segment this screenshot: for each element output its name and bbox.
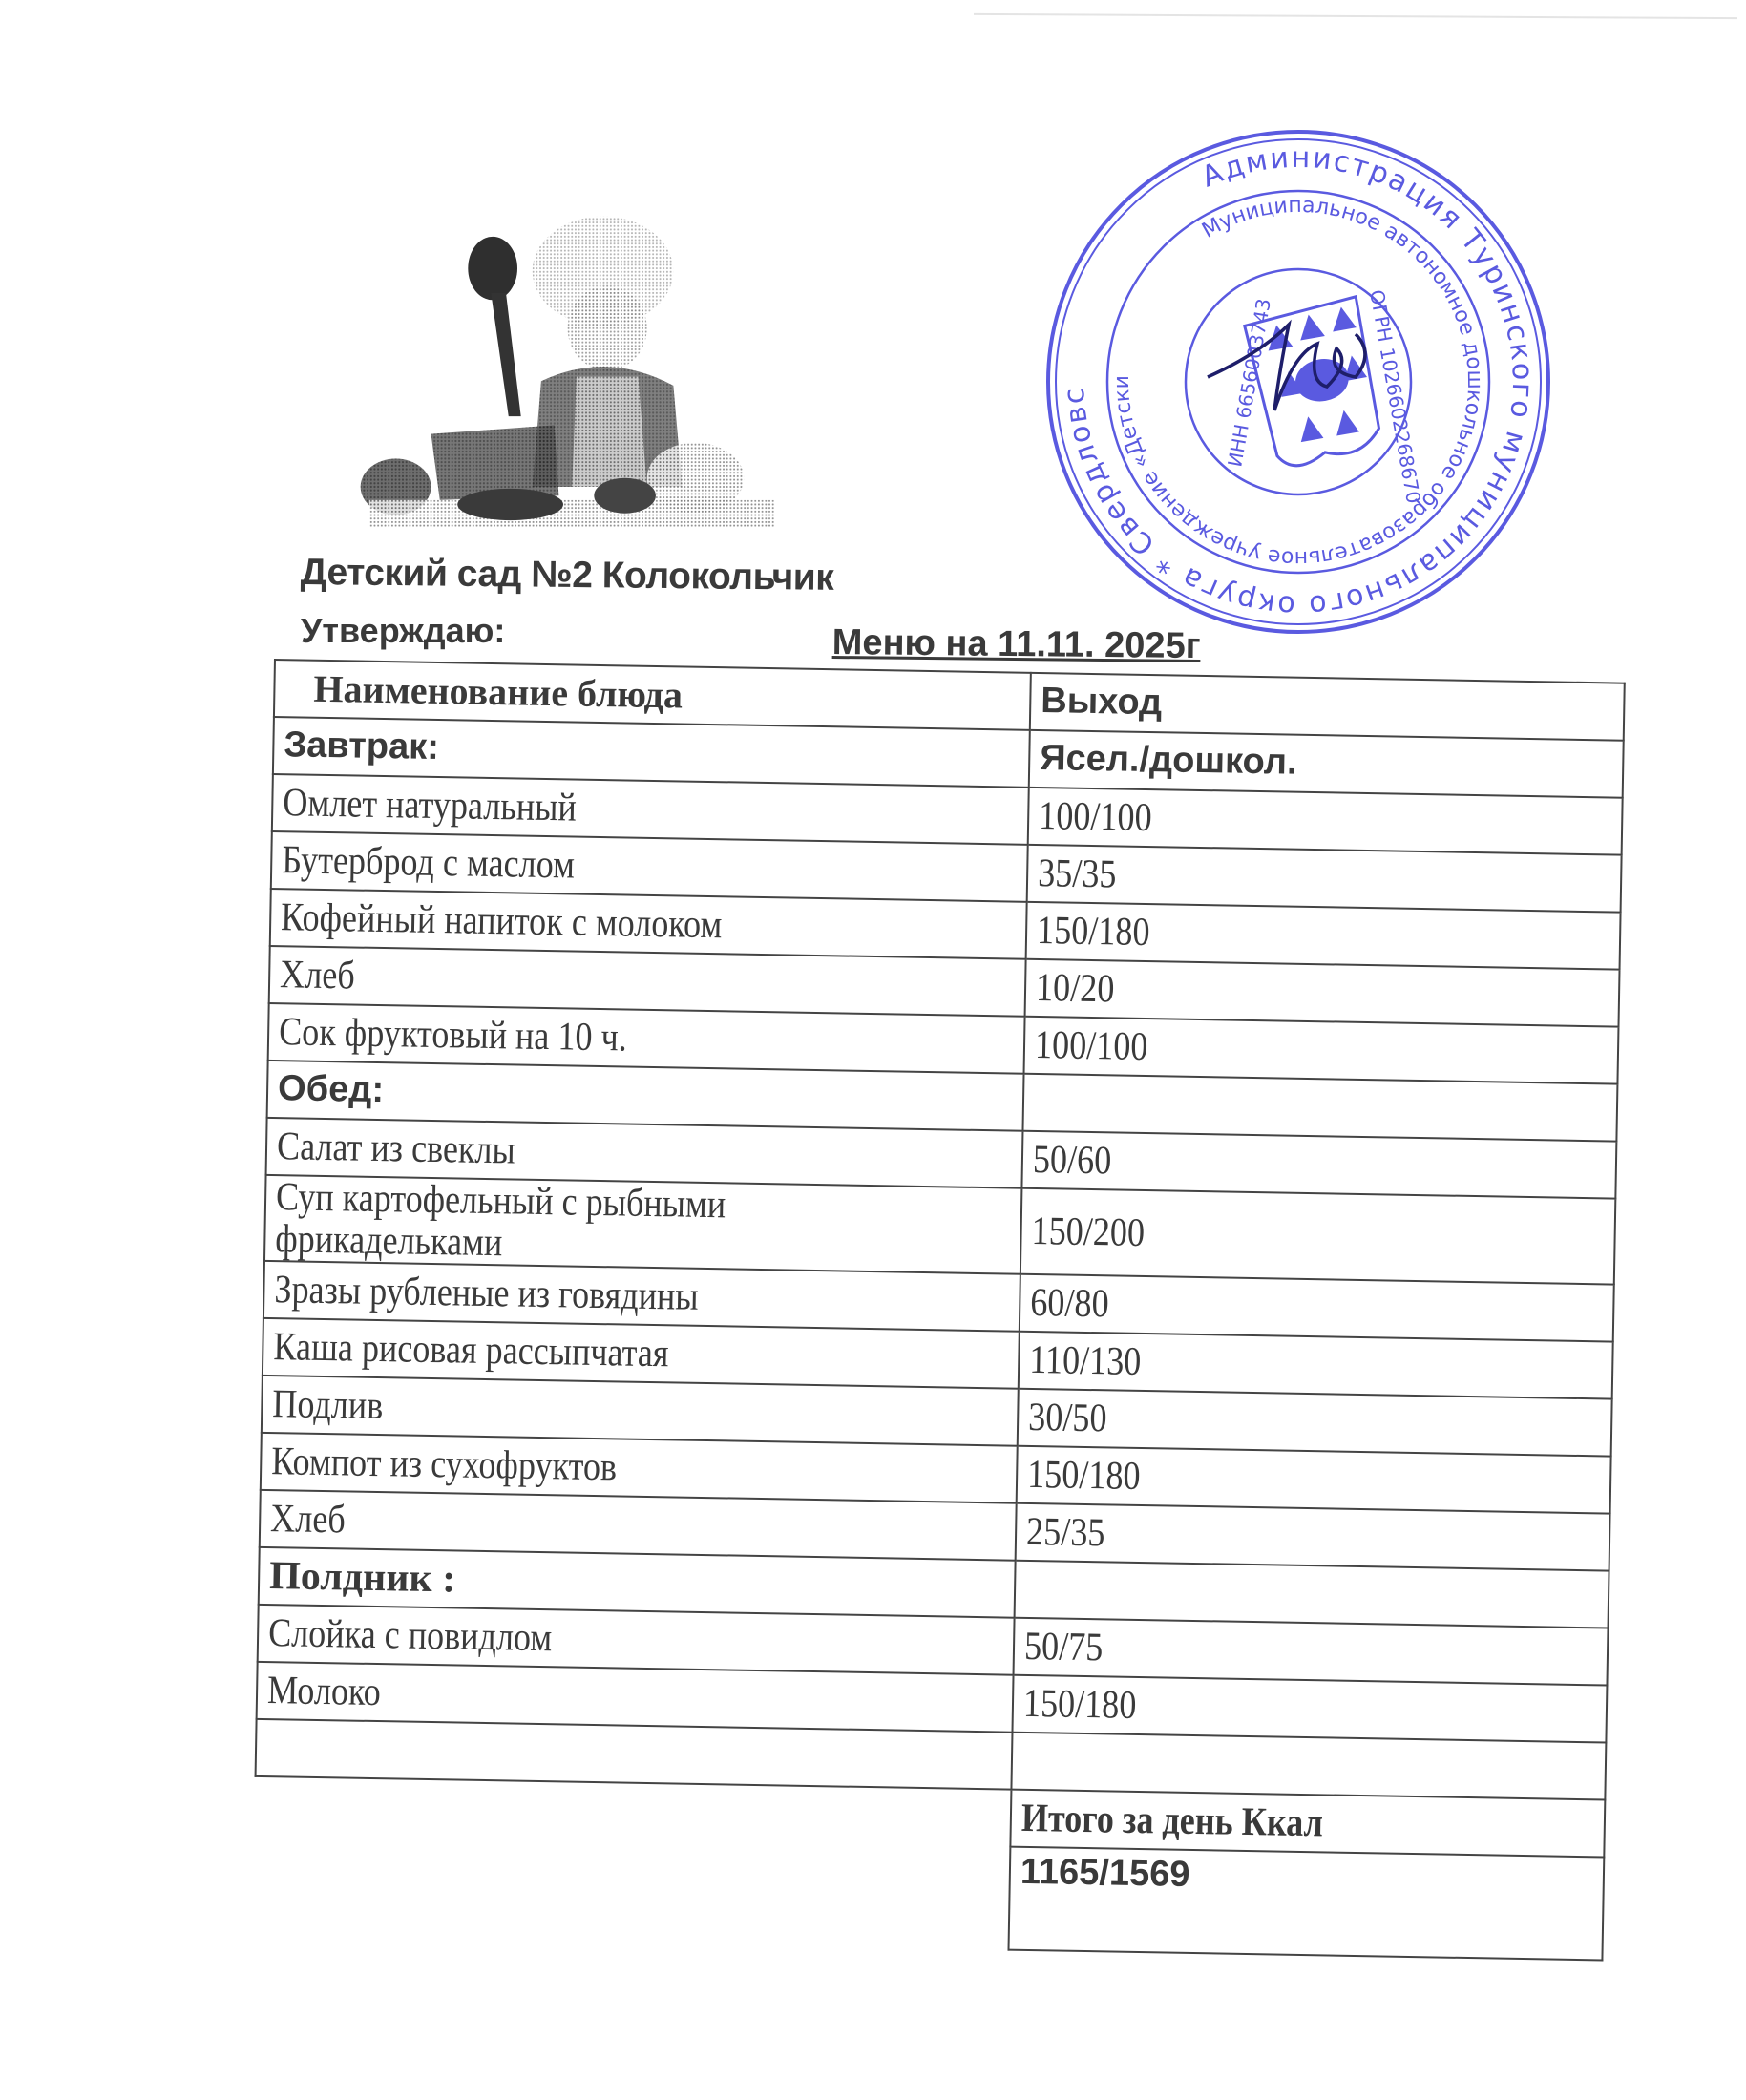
dish-output: 100/100 [1028,787,1623,855]
dish-output-text: 110/130 [1029,1339,1142,1383]
dish-output-text: 100/100 [1035,1024,1148,1068]
dish-output: 150/180 [1017,1446,1611,1514]
dish-name-text: Компот из сухофруктов [271,1440,618,1488]
approve-label: Утверждаю: [301,611,505,651]
dish-output-text: 100/100 [1039,795,1152,839]
dish-output-text: 50/75 [1024,1626,1104,1669]
dish-output-text: 150/200 [1031,1210,1145,1254]
column-header-output: Выход [1030,673,1625,741]
dish-output: 35/35 [1027,845,1622,913]
dish-output: 150/200 [1020,1188,1615,1285]
total-label-text: Итого за день Ккал [1021,1797,1324,1845]
dish-name-text: Подлив [272,1383,384,1427]
dish-output-text: 150/180 [1037,910,1150,954]
dish-output: 150/180 [1026,902,1621,970]
dish-name-text: Суп картофельный с рыбными фрикадельками [275,1176,909,1271]
dish-output-text: 50/60 [1033,1139,1112,1183]
dish-name-text: Сок фруктовый на 10 ч. [279,1011,627,1059]
menu-table: Наименование блюдаВыходЗавтрак:Ясел./дош… [252,659,1626,1962]
dish-name-text: Омлет натуральный [283,782,577,829]
scan-edge-line [974,13,1737,19]
dish-name-text: Слойка с повидлом [268,1612,553,1659]
dish-output-text: 150/180 [1027,1454,1141,1498]
dish-output: 50/60 [1021,1131,1616,1199]
dish-output: 30/50 [1018,1389,1612,1457]
menu-title: Меню на 11.11. 2025г [832,622,1201,667]
menu-table-container: Наименование блюдаВыходЗавтрак:Ясел./дош… [252,659,1626,1962]
total-label: Итого за день Ккал [1010,1790,1605,1858]
dish-name-text: Каша рисовая рассыпчатая [273,1326,669,1375]
dish-output: 10/20 [1025,959,1620,1027]
dish-output-text: 10/20 [1036,967,1115,1011]
dish-name-text: Хлеб [280,954,355,997]
dish-output-text: 150/180 [1023,1683,1137,1727]
svg-text:ИНН 6656003743: ИНН 6656003743 [1223,297,1275,469]
dish-output: 150/180 [1012,1675,1607,1743]
total-kcal-value: 1165/1569 [1009,1847,1605,1961]
dish-name-text: Зразы рубленые из говядины [274,1269,699,1318]
organization-name: Детский сад №2 Колокольчик [301,552,834,599]
official-stamp: Администрация Туринского муниципального … [1041,124,1556,640]
dish-name-text: Бутерброд с маслом [282,839,575,886]
empty-output-cell [1015,1561,1609,1628]
dish-output: 100/100 [1024,1017,1619,1084]
dish-output: 25/35 [1016,1503,1610,1571]
dish-output-text: 30/50 [1028,1396,1107,1440]
dish-name-text: Молоко [267,1669,381,1713]
dish-output-text: 25/35 [1026,1511,1105,1555]
dish-name-text: Хлеб [270,1498,346,1541]
empty-output-cell [1022,1074,1617,1142]
blank-cell [253,1834,1011,1950]
dish-output-text: 60/80 [1030,1282,1109,1326]
dish-output: 60/80 [1020,1274,1614,1342]
output-subheader: Ясел./дошкол. [1029,730,1624,798]
dish-output-text: 35/35 [1038,852,1117,896]
empty-output-cell [1011,1732,1606,1800]
child-chef-illustration [334,191,792,554]
dish-output: 110/130 [1019,1332,1613,1399]
dish-output: 50/75 [1014,1618,1609,1686]
dish-name-text: Кофейный напиток с молоком [281,896,723,946]
dish-name: Суп картофельный с рыбными фрикадельками [264,1175,1021,1274]
dish-name-text: Салат из свеклы [277,1125,515,1171]
